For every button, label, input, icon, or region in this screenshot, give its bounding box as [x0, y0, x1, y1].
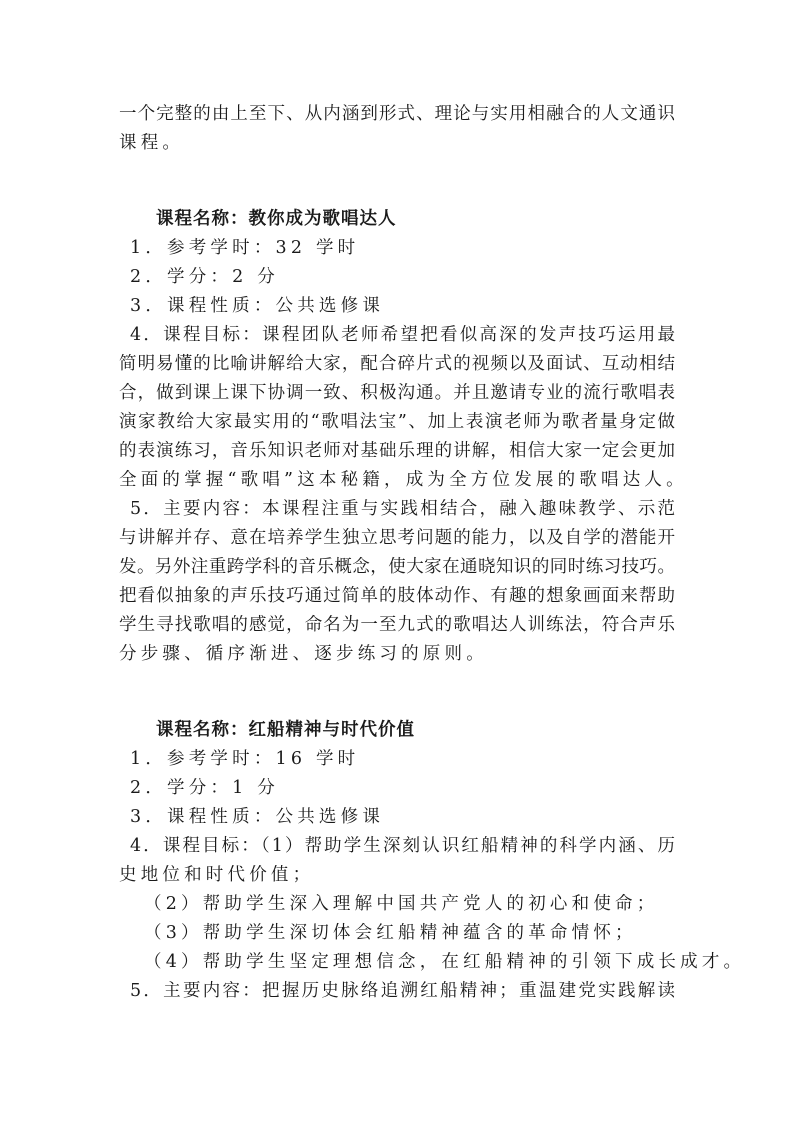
- course-goal-subitem: （3）帮助学生深切体会红船精神蕴含的革命情怀；: [119, 919, 675, 948]
- course-goal-line: 演家教给大家最实用的“歌唱法宝”、加上表演老师为歌者量身定做: [119, 408, 675, 437]
- course-content-line: 学生寻找歌唱的感觉，命名为一至九式的歌唱达人训练法，符合声乐: [119, 611, 675, 640]
- course-title: 课程名称：红船精神与时代价值: [119, 716, 675, 745]
- course-goal-line: 简明易懂的比喻讲解给大家，配合碎片式的视频以及面试、互动相结: [119, 350, 675, 379]
- course-hours: 1．参考学时：16 学时: [119, 745, 675, 774]
- course-credits: 2．学分：2 分: [119, 263, 675, 292]
- course-goal-subitem: （2）帮助学生深入理解中国共产党人的初心和使命；: [119, 890, 675, 919]
- course-goal-line: 合，做到课上课下协调一致、积极沟通。并且邀请专业的流行歌唱表: [119, 379, 675, 408]
- course-section: 课程名称：教你成为歌唱达人 1．参考学时：32 学时 2．学分：2 分 3．课程…: [119, 205, 675, 669]
- intro-line: 一个完整的由上至下、从内涵到形式、理论与实用相融合的人文通识: [119, 100, 675, 129]
- course-goal-line: 4．课程目标：（1）帮助学生深刻认识红船精神的科学内涵、历: [119, 832, 675, 861]
- course-credits: 2．学分：1 分: [119, 774, 675, 803]
- course-type: 3．课程性质：公共选修课: [119, 292, 675, 321]
- course-section: 课程名称：红船精神与时代价值 1．参考学时：16 学时 2．学分：1 分 3．课…: [119, 716, 675, 1006]
- course-goal-line: 史地位和时代价值；: [119, 861, 675, 890]
- course-content-line: 发。另外注重跨学科的音乐概念，使大家在通晓知识的同时练习技巧。: [119, 553, 675, 582]
- course-goal-line: 全面的掌握“歌唱”这本秘籍，成为全方位发展的歌唱达人。: [119, 466, 675, 495]
- course-goal-line: 4．课程目标：课程团队老师希望把看似高深的发声技巧运用最: [119, 321, 675, 350]
- course-goal-subitem: （4）帮助学生坚定理想信念，在红船精神的引领下成长成才。: [119, 948, 675, 977]
- course-type: 3．课程性质：公共选修课: [119, 803, 675, 832]
- document-page: 一个完整的由上至下、从内涵到形式、理论与实用相融合的人文通识 课程。 课程名称：…: [119, 100, 675, 1006]
- spacer: [119, 669, 675, 716]
- course-content-line: 5．主要内容：把握历史脉络追溯红船精神；重温建党实践解读: [119, 977, 675, 1006]
- course-goal-line: 的表演练习，音乐知识老师对基础乐理的讲解，相信大家一定会更加: [119, 437, 675, 466]
- course-content-line: 与讲解并存、意在培养学生独立思考问题的能力，以及自学的潜能开: [119, 524, 675, 553]
- course-title: 课程名称：教你成为歌唱达人: [119, 205, 675, 234]
- course-content-line: 把看似抽象的声乐技巧通过简单的肢体动作、有趣的想象画面来帮助: [119, 582, 675, 611]
- course-content-line: 5．主要内容：本课程注重与实践相结合，融入趣味教学、示范: [119, 495, 675, 524]
- spacer: [119, 158, 675, 205]
- intro-line: 课程。: [119, 129, 675, 158]
- course-content-line: 分步骤、循序渐进、逐步练习的原则。: [119, 640, 675, 669]
- course-hours: 1．参考学时：32 学时: [119, 234, 675, 263]
